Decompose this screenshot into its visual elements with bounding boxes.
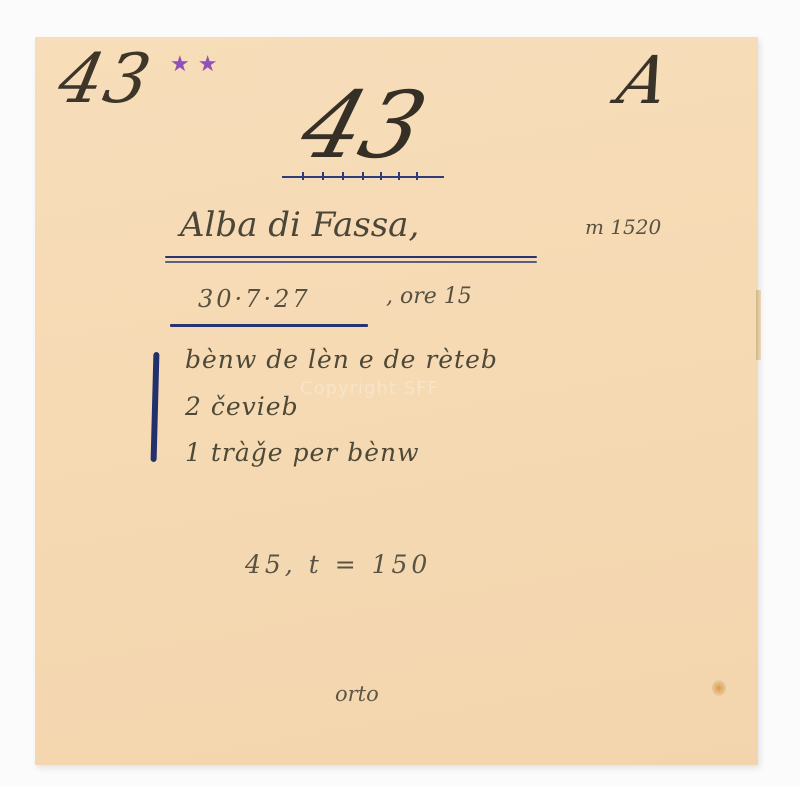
date-underline bbox=[170, 324, 368, 327]
place-double-underline-1 bbox=[165, 256, 537, 258]
foxing-stain bbox=[712, 680, 726, 696]
item-line: 1 tràǧe per bènw bbox=[185, 438, 420, 467]
card-flap-edge bbox=[756, 290, 761, 360]
star-marks-icon: ★★ bbox=[170, 52, 225, 77]
watermark: Copyright SFF bbox=[300, 378, 439, 399]
corner-number: 43 bbox=[52, 40, 159, 119]
item-line: bènw de lèn e de rèteb bbox=[185, 345, 498, 374]
date: 30·7·27 bbox=[198, 285, 311, 313]
formula: 45, t = 150 bbox=[245, 550, 431, 579]
footer-note: orto bbox=[335, 682, 379, 706]
altitude: m 1520 bbox=[585, 215, 661, 239]
place-double-underline-2 bbox=[165, 261, 537, 263]
tick-underline bbox=[282, 176, 444, 178]
place-name: Alba di Fassa, bbox=[180, 205, 419, 245]
item-line: 2 čevieb bbox=[185, 392, 299, 421]
hour: , ore 15 bbox=[386, 284, 472, 309]
